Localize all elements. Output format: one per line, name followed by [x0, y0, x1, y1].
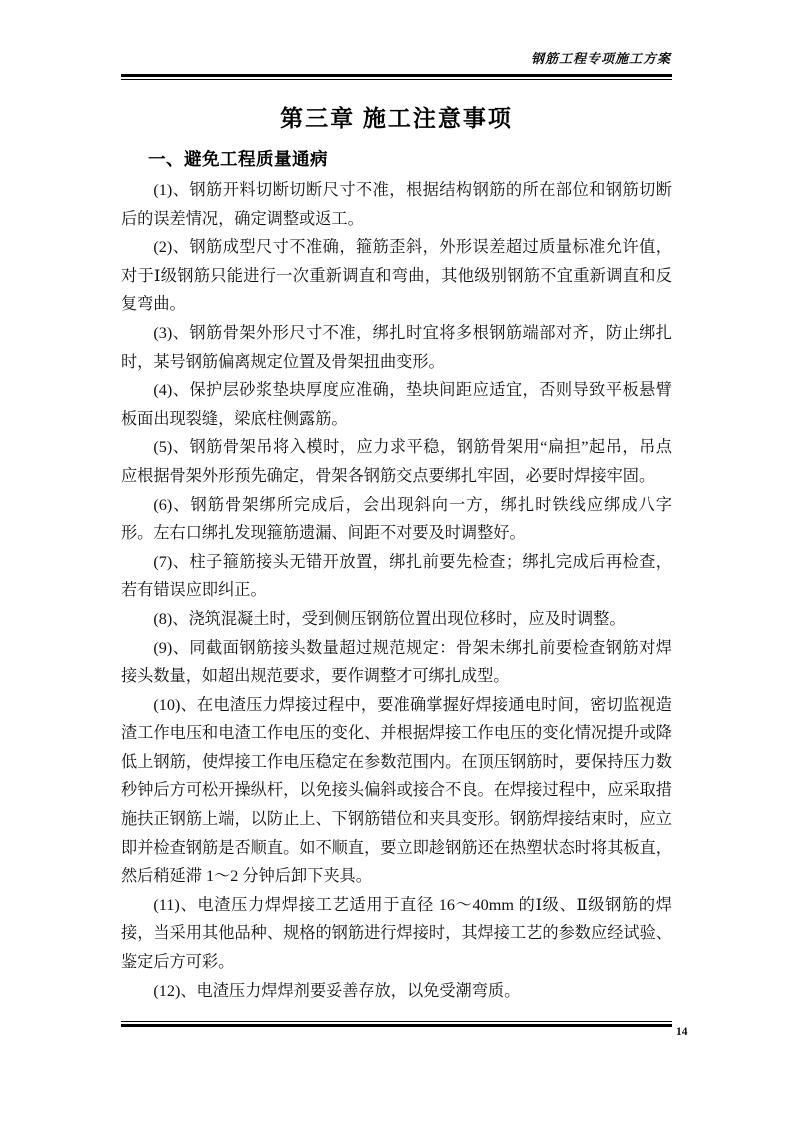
body-paragraph: (6)、钢筋骨架绑所完成后，会出现斜向一方，绑扎时铁线应绑成八字形。左右口绑扎发…: [121, 491, 672, 548]
header-title: 钢筋工程专项施工方案: [531, 48, 671, 67]
body-paragraph: (8)、浇筑混凝土时，受到侧压钢筋位置出现位移时，应及时调整。: [121, 605, 672, 634]
document-page: 钢筋工程专项施工方案 第三章 施工注意事项 一、避免工程质量通病 (1)、钢筋开…: [0, 0, 793, 1122]
body-paragraph: (5)、钢筋骨架吊将入模时，应力求平稳，钢筋骨架用“扁担”起吊，吊点应根据骨架外…: [121, 433, 672, 490]
header-rule-thin-line: [121, 79, 672, 80]
footer-rule: [121, 1021, 672, 1027]
chapter-title: 第三章 施工注意事项: [121, 100, 672, 133]
body-paragraph: (11)、电渣压力焊焊接工艺适用于直径 16～40mm 的Ⅰ级、Ⅱ级钢筋的焊接，…: [121, 891, 672, 977]
section-title: 一、避免工程质量通病: [121, 146, 672, 171]
paragraph-list: (1)、钢筋开料切断切断尺寸不准，根据结构钢筋的所在部位和钢筋切断后的误差情况，…: [121, 176, 672, 1005]
body-paragraph: (10)、在电渣压力焊接过程中，要准确掌握好焊接通电时间，密切监视造渣工作电压和…: [121, 691, 672, 891]
document-body: 第三章 施工注意事项 一、避免工程质量通病 (1)、钢筋开料切断切断尺寸不准，根…: [121, 100, 672, 1005]
body-paragraph: (3)、钢筋骨架外形尺寸不准，绑扎时宜将多根钢筋端部对齐，防止绑扎时，某号钢筋偏…: [121, 319, 672, 376]
footer-rule-thin-line: [121, 1021, 672, 1022]
page-number: 14: [676, 1026, 688, 1038]
body-paragraph: (9)、同截面钢筋接头数量超过规范规定：骨架未绑扎前要检查钢筋对焊接头数量，如超…: [121, 634, 672, 691]
body-paragraph: (1)、钢筋开料切断切断尺寸不准，根据结构钢筋的所在部位和钢筋切断后的误差情况，…: [121, 176, 672, 233]
footer-rule-thick-line: [121, 1024, 672, 1027]
body-paragraph: (12)、电渣压力焊焊剂要妥善存放，以免受潮弯质。: [121, 977, 672, 1006]
body-paragraph: (2)、钢筋成型尺寸不准确，箍筋歪斜，外形误差超过质量标准允许值，对于Ⅰ级钢筋只…: [121, 233, 672, 319]
body-paragraph: (4)、保护层砂浆垫块厚度应准确，垫块间距应适宜，否则导致平板悬臂板面出现裂缝，…: [121, 376, 672, 433]
header-rule-thick-line: [121, 74, 672, 77]
body-paragraph: (7)、柱子箍筋接头无错开放置，绑扎前要先检查；绑扎完成后再检查，若有错误应即纠…: [121, 548, 672, 605]
header-rule: [121, 74, 672, 80]
